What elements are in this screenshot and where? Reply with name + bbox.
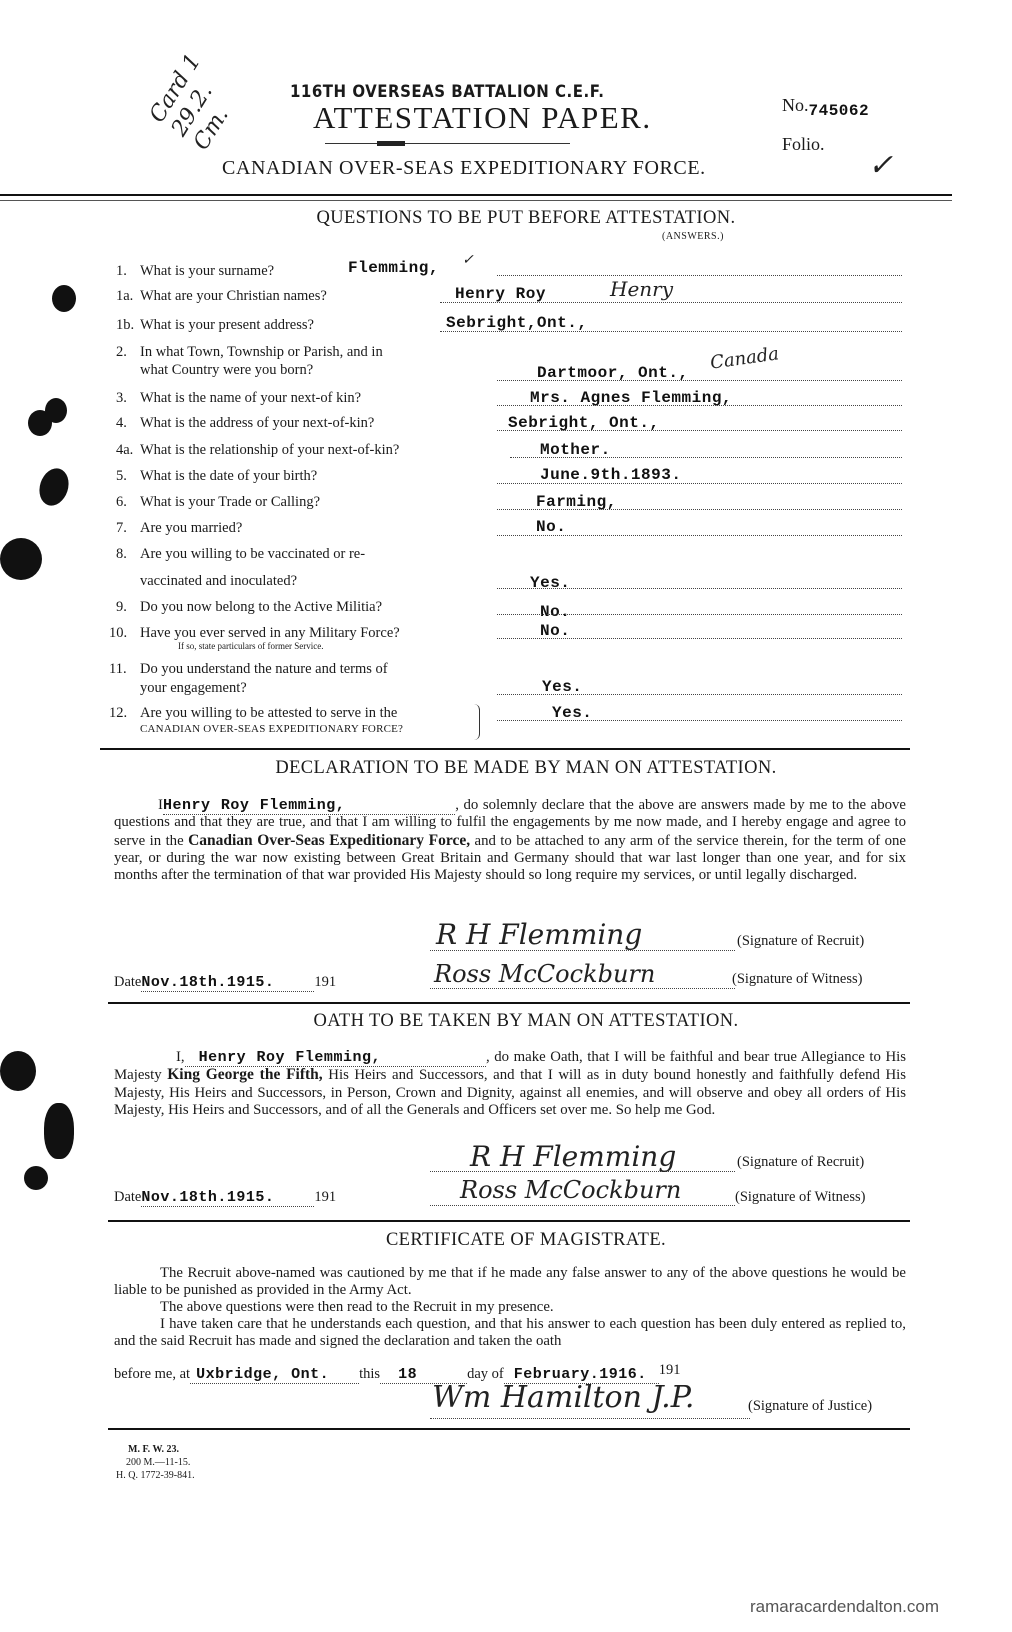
document-title: ATTESTATION PAPER. bbox=[313, 100, 652, 136]
answer-line bbox=[497, 380, 902, 381]
title-ornament bbox=[325, 143, 570, 144]
battalion-stamp: 116TH OVERSEAS BATTALION C.E.F. bbox=[290, 81, 604, 102]
question-number: 5. bbox=[116, 467, 140, 485]
magistrate-para-2: The above questions were then read to th… bbox=[114, 1299, 906, 1316]
question-number: 4. bbox=[116, 414, 140, 432]
header-divider bbox=[0, 194, 952, 196]
birthplace-annotation: Canada bbox=[709, 343, 780, 373]
question-text: Do you understand the nature and terms o… bbox=[140, 661, 388, 677]
date-label: Date bbox=[114, 974, 141, 990]
oath-witness-signature: Ross McCockburn bbox=[460, 1176, 681, 1204]
questions-heading: QUESTIONS TO BE PUT BEFORE ATTESTATION. bbox=[0, 208, 1012, 229]
brace bbox=[472, 704, 480, 740]
question-12-cont: CANADIAN OVER-SEAS EXPEDITIONARY FORCE? bbox=[140, 723, 403, 735]
justice-signature: Wm Hamilton J.P. bbox=[432, 1380, 694, 1415]
oath-name: Henry Roy Flemming, bbox=[185, 1049, 486, 1067]
magistrate-text: The above questions were then read to th… bbox=[160, 1299, 554, 1315]
question-5: 5.What is the date of your birth? bbox=[116, 467, 496, 485]
oath-text: I,Henry Roy Flemming,, do make Oath, tha… bbox=[114, 1049, 906, 1119]
question-number: 9. bbox=[116, 598, 140, 616]
year-prefix: 191 bbox=[314, 974, 336, 990]
question-text: What is the name of your next-of kin? bbox=[140, 390, 361, 406]
header-divider bbox=[0, 200, 952, 201]
punch-hole bbox=[0, 538, 42, 580]
question-number: 1. bbox=[116, 262, 140, 280]
answer-line bbox=[497, 405, 902, 406]
question-8-cont: vaccinated and inoculated? bbox=[140, 572, 297, 590]
witness-signature-caption: (Signature of Witness) bbox=[732, 971, 862, 988]
question-text: Do you now belong to the Active Militia? bbox=[140, 599, 382, 615]
question-text: Are you willing to be attested to serve … bbox=[140, 705, 397, 721]
magistrate-para-3: I have taken care that he understands ea… bbox=[114, 1316, 906, 1351]
punch-hole bbox=[24, 1166, 48, 1190]
question-text: What is the relationship of your next-of… bbox=[140, 442, 399, 458]
form-code: 200 M.—11-15. bbox=[116, 1456, 195, 1469]
question-number: 11. bbox=[109, 660, 140, 678]
question-number: 6. bbox=[116, 493, 140, 511]
question-2-cont: what Country were you born? bbox=[140, 361, 313, 379]
year-prefix: 191 bbox=[659, 1362, 681, 1378]
answer-married: No. bbox=[536, 518, 566, 536]
declaration-date: Nov.18th.1915. bbox=[141, 974, 314, 992]
folio-label: Folio. bbox=[782, 134, 825, 155]
this-label: this bbox=[359, 1366, 380, 1382]
declaration-force: Canadian Over-Seas Expeditionary Force, bbox=[188, 832, 470, 849]
oath-date: Nov.18th.1915. bbox=[141, 1189, 314, 1207]
checkmark-icon: ✓ bbox=[868, 148, 893, 183]
oath-recruit-signature: R H Flemming bbox=[470, 1140, 676, 1173]
question-text: What is your surname? bbox=[140, 263, 274, 279]
witness-signature-line bbox=[430, 1205, 735, 1206]
question-7: 7.Are you married? bbox=[116, 519, 496, 537]
oath-king: King George the Fifth, bbox=[167, 1066, 322, 1083]
declaration-name: Henry Roy Flemming, bbox=[163, 797, 455, 815]
answer-line bbox=[510, 457, 902, 458]
answer-line bbox=[497, 535, 902, 536]
christian-names-annotation: Henry bbox=[610, 277, 673, 301]
title-ornament bbox=[377, 141, 405, 146]
question-number: 7. bbox=[116, 519, 140, 537]
question-text: Are you willing to be vaccinated or re- bbox=[140, 546, 365, 562]
form-number: No.745062 bbox=[782, 95, 869, 116]
justice-signature-caption: (Signature of Justice) bbox=[748, 1398, 872, 1415]
answer-line bbox=[497, 588, 902, 589]
punch-hole bbox=[0, 1051, 36, 1091]
question-text: What is the date of your birth? bbox=[140, 468, 317, 484]
question-text: Are you married? bbox=[140, 520, 242, 536]
magistrate-place: Uxbridge, Ont. bbox=[190, 1366, 359, 1384]
question-text: What are your Christian names? bbox=[140, 288, 327, 304]
section-divider bbox=[100, 748, 910, 750]
question-number: 4a. bbox=[116, 441, 140, 459]
answer-line bbox=[497, 638, 902, 639]
question-10: 10.Have you ever served in any Military … bbox=[109, 624, 499, 642]
date-label: Date bbox=[114, 1189, 141, 1205]
question-12: 12.Are you willing to be attested to ser… bbox=[109, 704, 499, 722]
question-8: 8.Are you willing to be vaccinated or re… bbox=[116, 545, 496, 563]
question-number: 1a. bbox=[116, 287, 140, 305]
question-number: 1b. bbox=[116, 316, 140, 334]
answer-line bbox=[497, 430, 902, 431]
question-text: What is your present address? bbox=[140, 317, 314, 333]
answer-active-militia: No. bbox=[540, 603, 570, 621]
surname-check-annotation: ✓ bbox=[462, 252, 474, 268]
answer-surname: Flemming, bbox=[348, 259, 439, 277]
magistrate-para-1: The Recruit above-named was cautioned by… bbox=[114, 1265, 906, 1300]
question-text: What is your Trade or Calling? bbox=[140, 494, 320, 510]
answer-line bbox=[497, 614, 902, 615]
form-number-label: No. bbox=[782, 95, 809, 115]
section-divider bbox=[108, 1428, 910, 1430]
question-number: 8. bbox=[116, 545, 140, 563]
magistrate-heading: CERTIFICATE OF MAGISTRATE. bbox=[0, 1230, 1012, 1251]
oath-witness-signature-caption: (Signature of Witness) bbox=[735, 1189, 865, 1206]
section-divider bbox=[108, 1002, 910, 1004]
question-text: What is the address of your next-of-kin? bbox=[140, 415, 374, 431]
before-label: before me, at bbox=[114, 1366, 190, 1382]
punch-hole bbox=[44, 1103, 74, 1159]
answers-label: (ANSWERS.) bbox=[662, 231, 724, 242]
answer-line bbox=[497, 483, 902, 484]
form-code: H. Q. 1772-39-841. bbox=[116, 1469, 195, 1482]
question-number: 2. bbox=[116, 343, 140, 361]
question-number: 3. bbox=[116, 389, 140, 407]
section-divider bbox=[108, 1220, 910, 1222]
magistrate-text: The Recruit above-named was cautioned by… bbox=[114, 1265, 906, 1298]
oath-heading: OATH TO BE TAKEN BY MAN ON ATTESTATION. bbox=[0, 1011, 1012, 1032]
declaration-date-row: DateNov.18th.1915.191 bbox=[114, 974, 336, 991]
year-prefix: 191 bbox=[314, 1189, 336, 1205]
question-11-cont: your engagement? bbox=[140, 679, 247, 697]
form-code: M. F. W. 23. bbox=[116, 1443, 195, 1456]
question-text: Have you ever served in any Military For… bbox=[140, 625, 400, 641]
form-codes: M. F. W. 23. 200 M.—11-15. H. Q. 1772-39… bbox=[116, 1443, 195, 1482]
oath-name-prefix: I, bbox=[114, 1049, 185, 1065]
recruit-signature-caption: (Signature of Recruit) bbox=[737, 933, 864, 950]
witness-signature-line bbox=[430, 988, 735, 989]
question-2: 2.In what Town, Township or Parish, and … bbox=[116, 343, 496, 361]
question-10-note: If so, state particulars of former Servi… bbox=[178, 641, 323, 651]
question-1a: 1a.What are your Christian names? bbox=[116, 287, 496, 305]
question-9: 9.Do you now belong to the Active Militi… bbox=[116, 598, 496, 616]
question-1b: 1b.What is your present address? bbox=[116, 316, 496, 334]
oath-recruit-signature-caption: (Signature of Recruit) bbox=[737, 1154, 864, 1171]
answer-line bbox=[440, 331, 902, 332]
form-number-value: 745062 bbox=[809, 102, 870, 120]
answer-line bbox=[440, 302, 902, 303]
magistrate-text: I have taken care that he understands ea… bbox=[114, 1316, 906, 1349]
oath-date-row: DateNov.18th.1915.191 bbox=[114, 1189, 336, 1206]
question-4a: 4a.What is the relationship of your next… bbox=[116, 441, 506, 459]
question-number: 10. bbox=[109, 624, 140, 642]
answer-line bbox=[497, 509, 902, 510]
answer-line bbox=[497, 275, 902, 276]
question-1: 1.What is your surname? bbox=[116, 262, 496, 280]
answer-line bbox=[497, 720, 902, 721]
punch-hole bbox=[45, 398, 67, 423]
punch-hole bbox=[52, 285, 76, 312]
justice-signature-line bbox=[430, 1418, 750, 1419]
question-4: 4.What is the address of your next-of-ki… bbox=[116, 414, 496, 432]
recruit-signature: R H Flemming bbox=[436, 918, 642, 951]
question-3: 3.What is the name of your next-of kin? bbox=[116, 389, 496, 407]
declaration-text: IHenry Roy Flemming,, do solemnly declar… bbox=[114, 797, 906, 884]
question-text: In what Town, Township or Parish, and in bbox=[140, 344, 383, 360]
question-11: 11.Do you understand the nature and term… bbox=[109, 660, 499, 678]
watermark: ramaracardendalton.com bbox=[750, 1597, 939, 1617]
question-6: 6.What is your Trade or Calling? bbox=[116, 493, 496, 511]
witness-signature: Ross McCockburn bbox=[434, 960, 655, 988]
answer-christian-names: Henry Roy bbox=[455, 285, 546, 303]
answer-present-address: Sebright,Ont., bbox=[446, 314, 587, 332]
declaration-heading: DECLARATION TO BE MADE BY MAN ON ATTESTA… bbox=[0, 758, 1012, 779]
punch-hole bbox=[35, 465, 73, 510]
answer-vaccinated: Yes. bbox=[530, 574, 570, 592]
answer-line bbox=[497, 694, 902, 695]
answer-birth-date: June.9th.1893. bbox=[540, 466, 681, 484]
question-number: 12. bbox=[109, 704, 140, 722]
declaration-name-prefix: I bbox=[114, 797, 163, 813]
document-subtitle: CANADIAN OVER-SEAS EXPEDITIONARY FORCE. bbox=[222, 157, 706, 180]
